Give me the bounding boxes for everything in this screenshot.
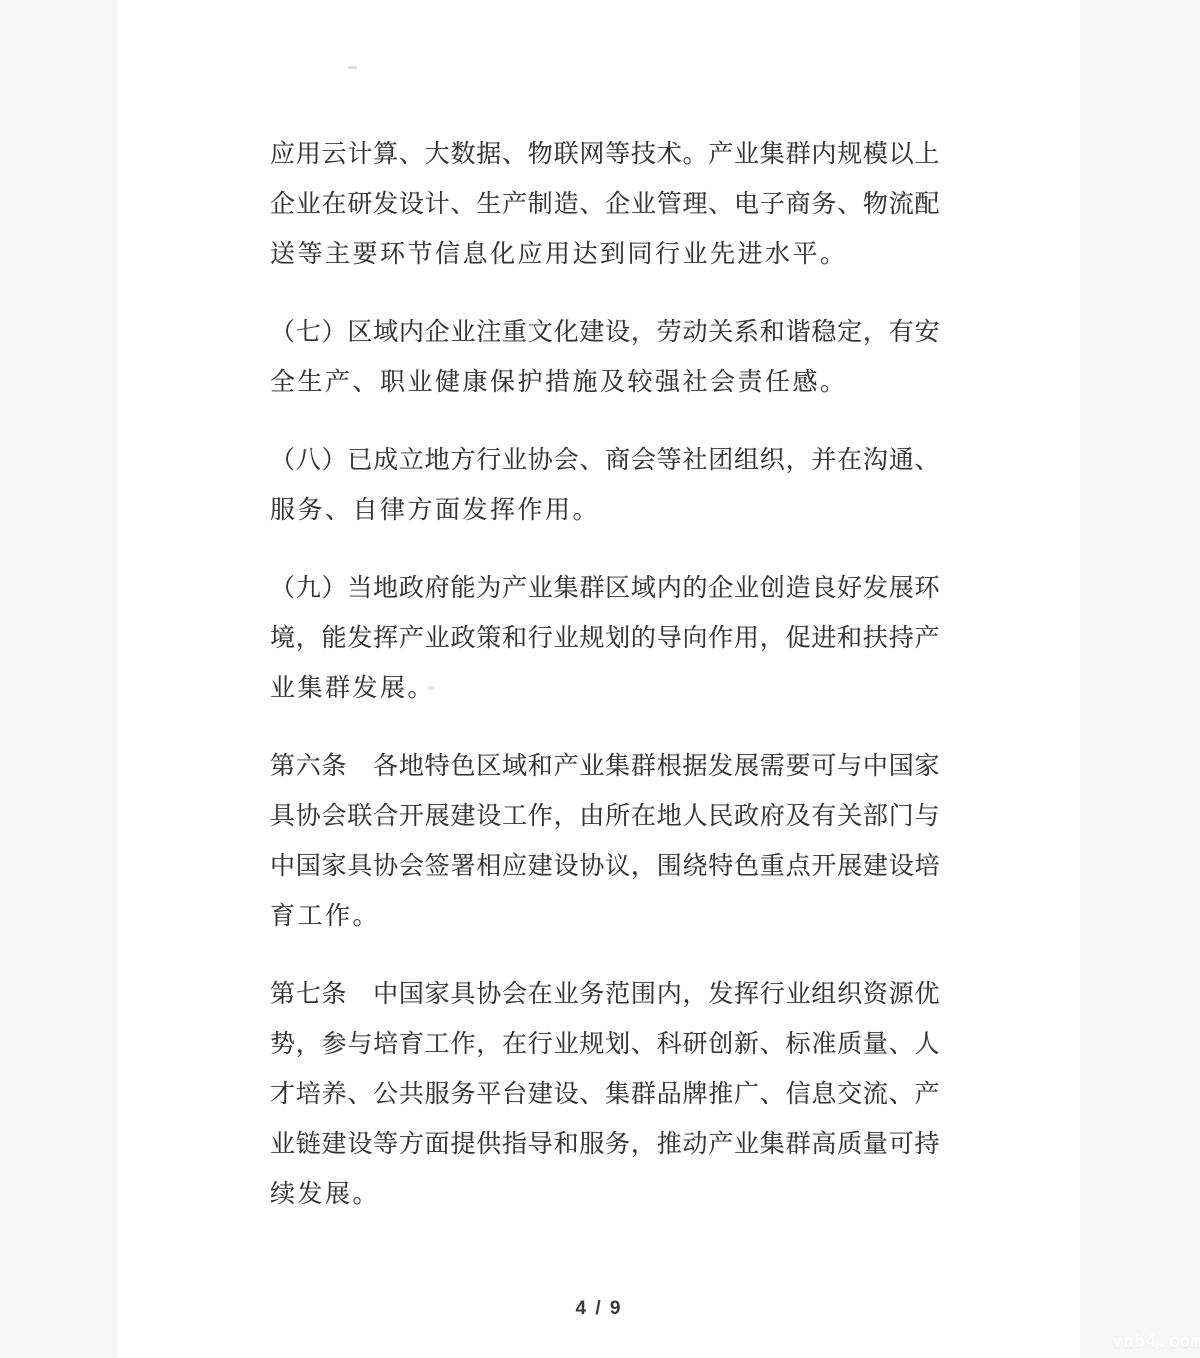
text-line: （七）区域内企业注重文化建设，劳动关系和谐稳定，有安	[270, 308, 940, 358]
text-line: 业链建设等方面提供指导和服务，推动产业集群高质量可持	[270, 1120, 940, 1170]
document-body: 应用云计算、大数据、物联网等技术。产业集群内规模以上 企业在研发设计、生产制造、…	[270, 130, 940, 1248]
paragraph-item-7: （七）区域内企业注重文化建设，劳动关系和谐稳定，有安 全生产、职业健康保护措施及…	[270, 308, 940, 408]
paragraph-item-9: （九）当地政府能为产业集群区域内的企业创造良好发展环 境，能发挥产业政策和行业规…	[270, 564, 940, 714]
text-line: 服务、自律方面发挥作用。	[270, 486, 940, 536]
text-line: 境，能发挥产业政策和行业规划的导向作用，促进和扶持产	[270, 614, 940, 664]
text-line: 中国家具协会签署相应建设协议，围绕特色重点开展建设培	[270, 842, 940, 892]
paragraph-article-7: 第七条 中国家具协会在业务范围内，发挥行业组织资源优 势，参与培育工作，在行业规…	[270, 970, 940, 1220]
document-page: 应用云计算、大数据、物联网等技术。产业集群内规模以上 企业在研发设计、生产制造、…	[118, 0, 1080, 1358]
text-line: 育工作。	[270, 892, 940, 942]
watermark: vnb4.com	[1112, 1332, 1200, 1352]
text-line: 才培养、公共服务平台建设、集群品牌推广、信息交流、产	[270, 1070, 940, 1120]
text-line: 企业在研发设计、生产制造、企业管理、电子商务、物流配	[270, 180, 940, 230]
paragraph-item-8: （八）已成立地方行业协会、商会等社团组织，并在沟通、 服务、自律方面发挥作用。	[270, 436, 940, 536]
text-line: 送等主要环节信息化应用达到同行业先进水平。	[270, 230, 940, 280]
scan-artifact	[348, 66, 357, 69]
page-number: 4 / 9	[118, 1298, 1080, 1320]
text-line: 续发展。	[270, 1170, 940, 1220]
text-line: 具协会联合开展建设工作，由所在地人民政府及有关部门与	[270, 792, 940, 842]
text-line: 全生产、职业健康保护措施及较强社会责任感。	[270, 358, 940, 408]
text-line: 第七条 中国家具协会在业务范围内，发挥行业组织资源优	[270, 970, 940, 1020]
scanned-document-view: { "page": { "background_color": "#f6f6f7…	[0, 0, 1200, 1358]
text-line: 应用云计算、大数据、物联网等技术。产业集群内规模以上	[270, 130, 940, 180]
text-line: 势，参与培育工作，在行业规划、科研创新、标准质量、人	[270, 1020, 940, 1070]
text-line: （八）已成立地方行业协会、商会等社团组织，并在沟通、	[270, 436, 940, 486]
text-line: 第六条 各地特色区域和产业集群根据发展需要可与中国家	[270, 742, 940, 792]
paragraph-article-6: 第六条 各地特色区域和产业集群根据发展需要可与中国家 具协会联合开展建设工作，由…	[270, 742, 940, 942]
text-line: （九）当地政府能为产业集群区域内的企业创造良好发展环	[270, 564, 940, 614]
paragraph-continuation: 应用云计算、大数据、物联网等技术。产业集群内规模以上 企业在研发设计、生产制造、…	[270, 130, 940, 280]
text-line: 业集群发展。	[270, 664, 940, 714]
